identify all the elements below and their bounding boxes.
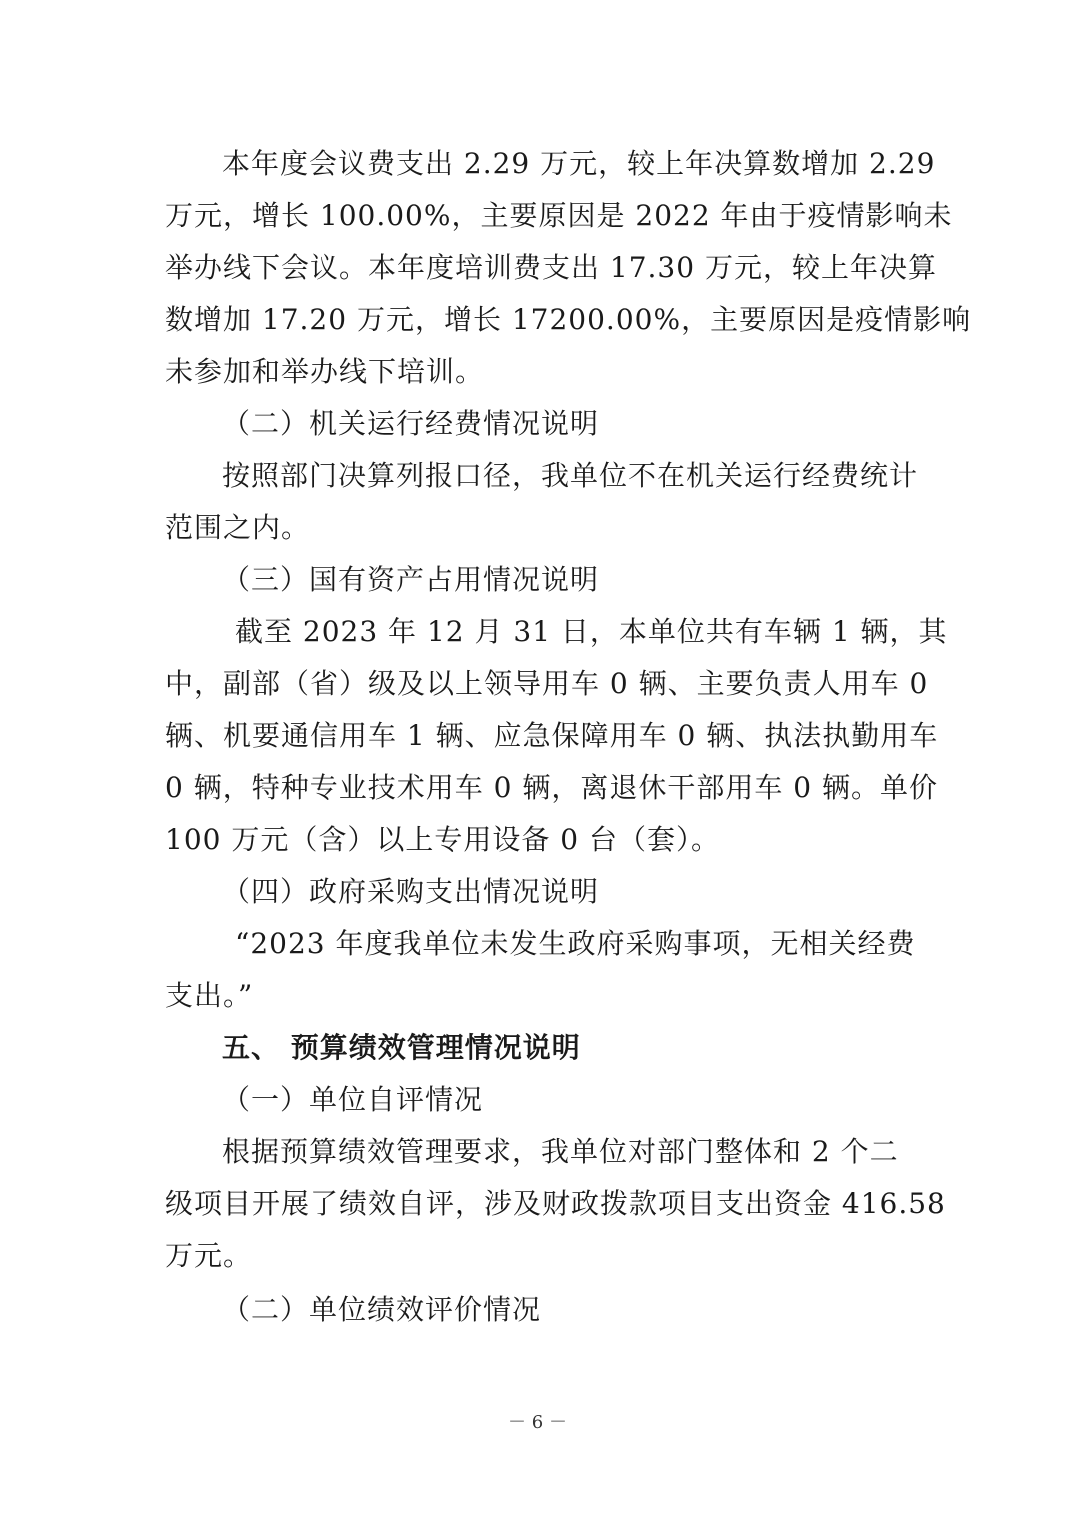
- paragraph-line: 100 万元（含）以上专用设备 0 台（套）。: [165, 814, 720, 866]
- paragraph-line: 根据预算绩效管理要求，我单位对部门整体和 2 个二: [222, 1126, 892, 1178]
- paragraph-line: 截至 2023 年 12 月 31 日，本单位共有车辆 1 辆，其: [235, 606, 913, 658]
- subsection-heading: （四）政府采购支出情况说明: [222, 866, 599, 918]
- paragraph-line: 按照部门决算列报口径，我单位不在机关运行经费统计: [222, 450, 913, 502]
- paragraph-line: 举办线下会议。本年度培训费支出 17.30 万元，较上年决算: [165, 242, 913, 294]
- page-number: － 6 －: [0, 1408, 1075, 1434]
- subsection-heading: （三）国有资产占用情况说明: [222, 554, 599, 606]
- paragraph-line: 万元，增长 100.00%，主要原因是 2022 年由于疫情影响未: [165, 190, 913, 242]
- paragraph-line: 万元。: [165, 1230, 252, 1282]
- subsection-heading: （二）机关运行经费情况说明: [222, 398, 599, 450]
- paragraph-line: 数增加 17.20 万元，增长 17200.00%，主要原因是疫情影响: [165, 294, 897, 346]
- subsection-heading: （一）单位自评情况: [222, 1074, 483, 1126]
- paragraph-line: 本年度会议费支出 2.29 万元，较上年决算数增加 2.29: [222, 138, 913, 190]
- paragraph-line: 未参加和举办线下培训。: [165, 346, 484, 398]
- subsection-heading: （二）单位绩效评价情况: [222, 1284, 541, 1336]
- paragraph-line: 支出。”: [165, 970, 253, 1022]
- paragraph-line: “2023 年度我单位未发生政府采购事项，无相关经费: [235, 918, 913, 970]
- paragraph-line: 辆、机要通信用车 1 辆、应急保障用车 0 辆、执法执勤用车: [165, 710, 913, 762]
- paragraph-line: 级项目开展了绩效自评，涉及财政拨款项目支出资金 416.58: [165, 1178, 913, 1230]
- paragraph-line: 中，副部（省）级及以上领导用车 0 辆、主要负责人用车 0: [165, 658, 913, 710]
- paragraph-line: 0 辆，特种专业技术用车 0 辆，离退休干部用车 0 辆。单价: [165, 762, 913, 814]
- section-heading: 五、 预算绩效管理情况说明: [222, 1022, 581, 1074]
- paragraph-line: 范围之内。: [165, 502, 310, 554]
